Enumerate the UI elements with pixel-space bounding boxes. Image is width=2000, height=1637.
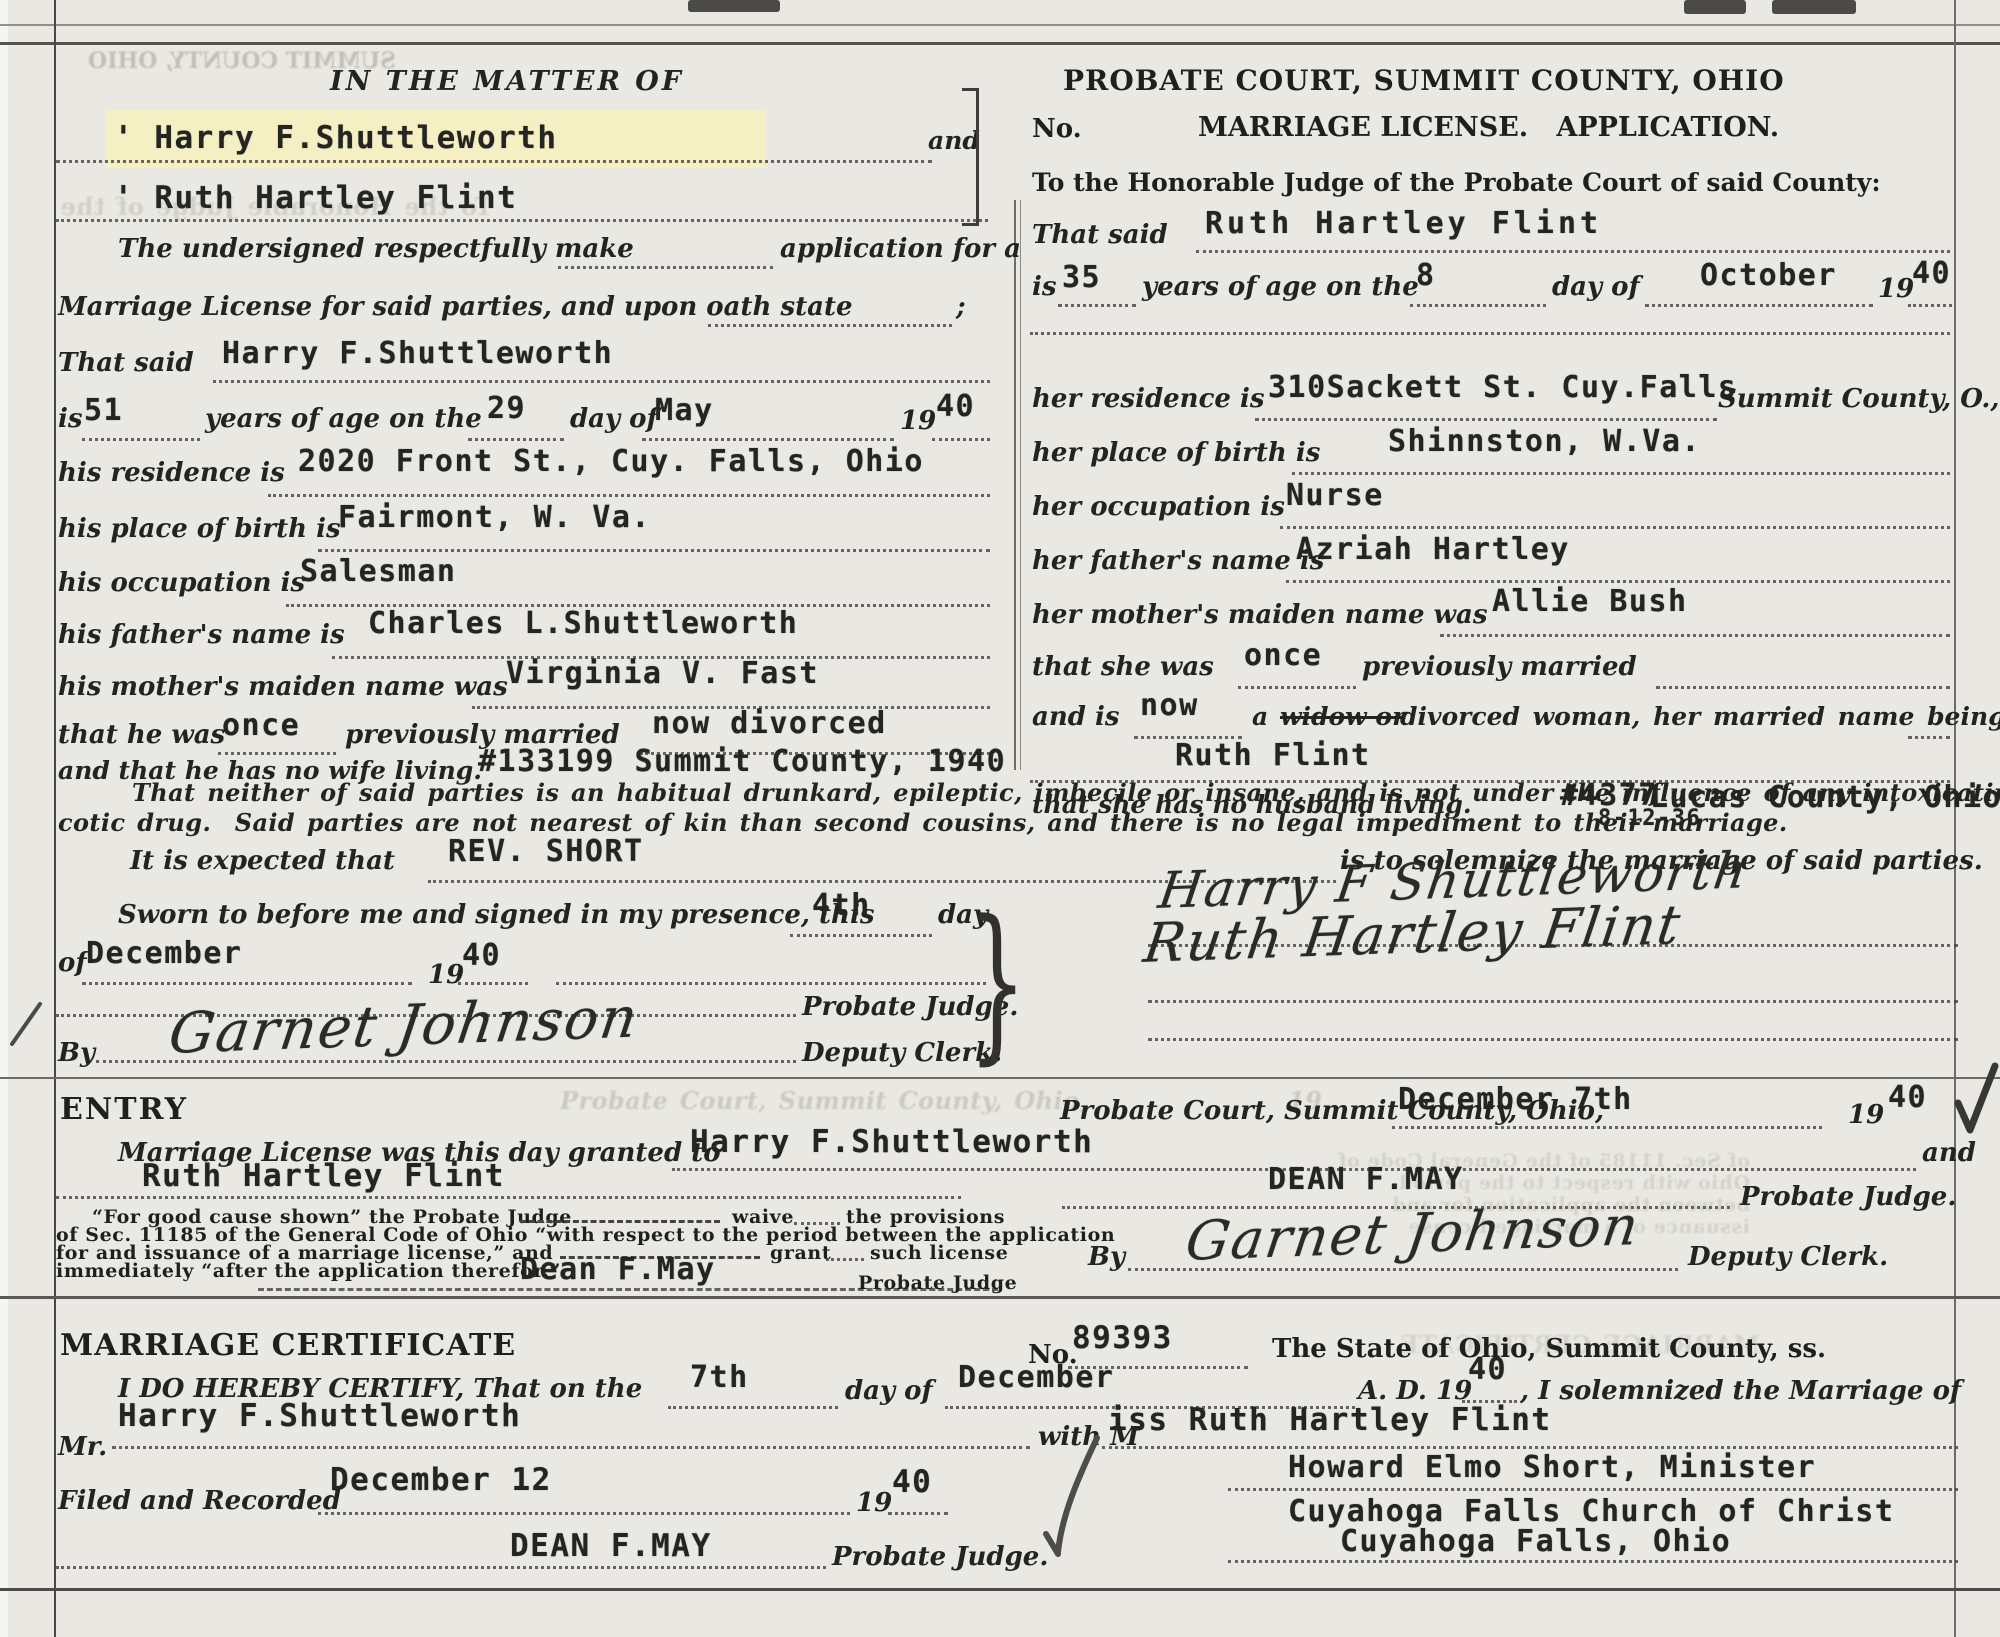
certificate-check-icon [1046,1438,1097,1554]
annotation-marks [0,0,2000,1637]
right-margin-check-icon [1958,1066,1995,1130]
marriage-record-scan: SUMMIT COUNTY, OHIO MARRIAGE LICENSE To … [0,0,2000,1637]
left-margin-tick-icon [12,1004,40,1044]
